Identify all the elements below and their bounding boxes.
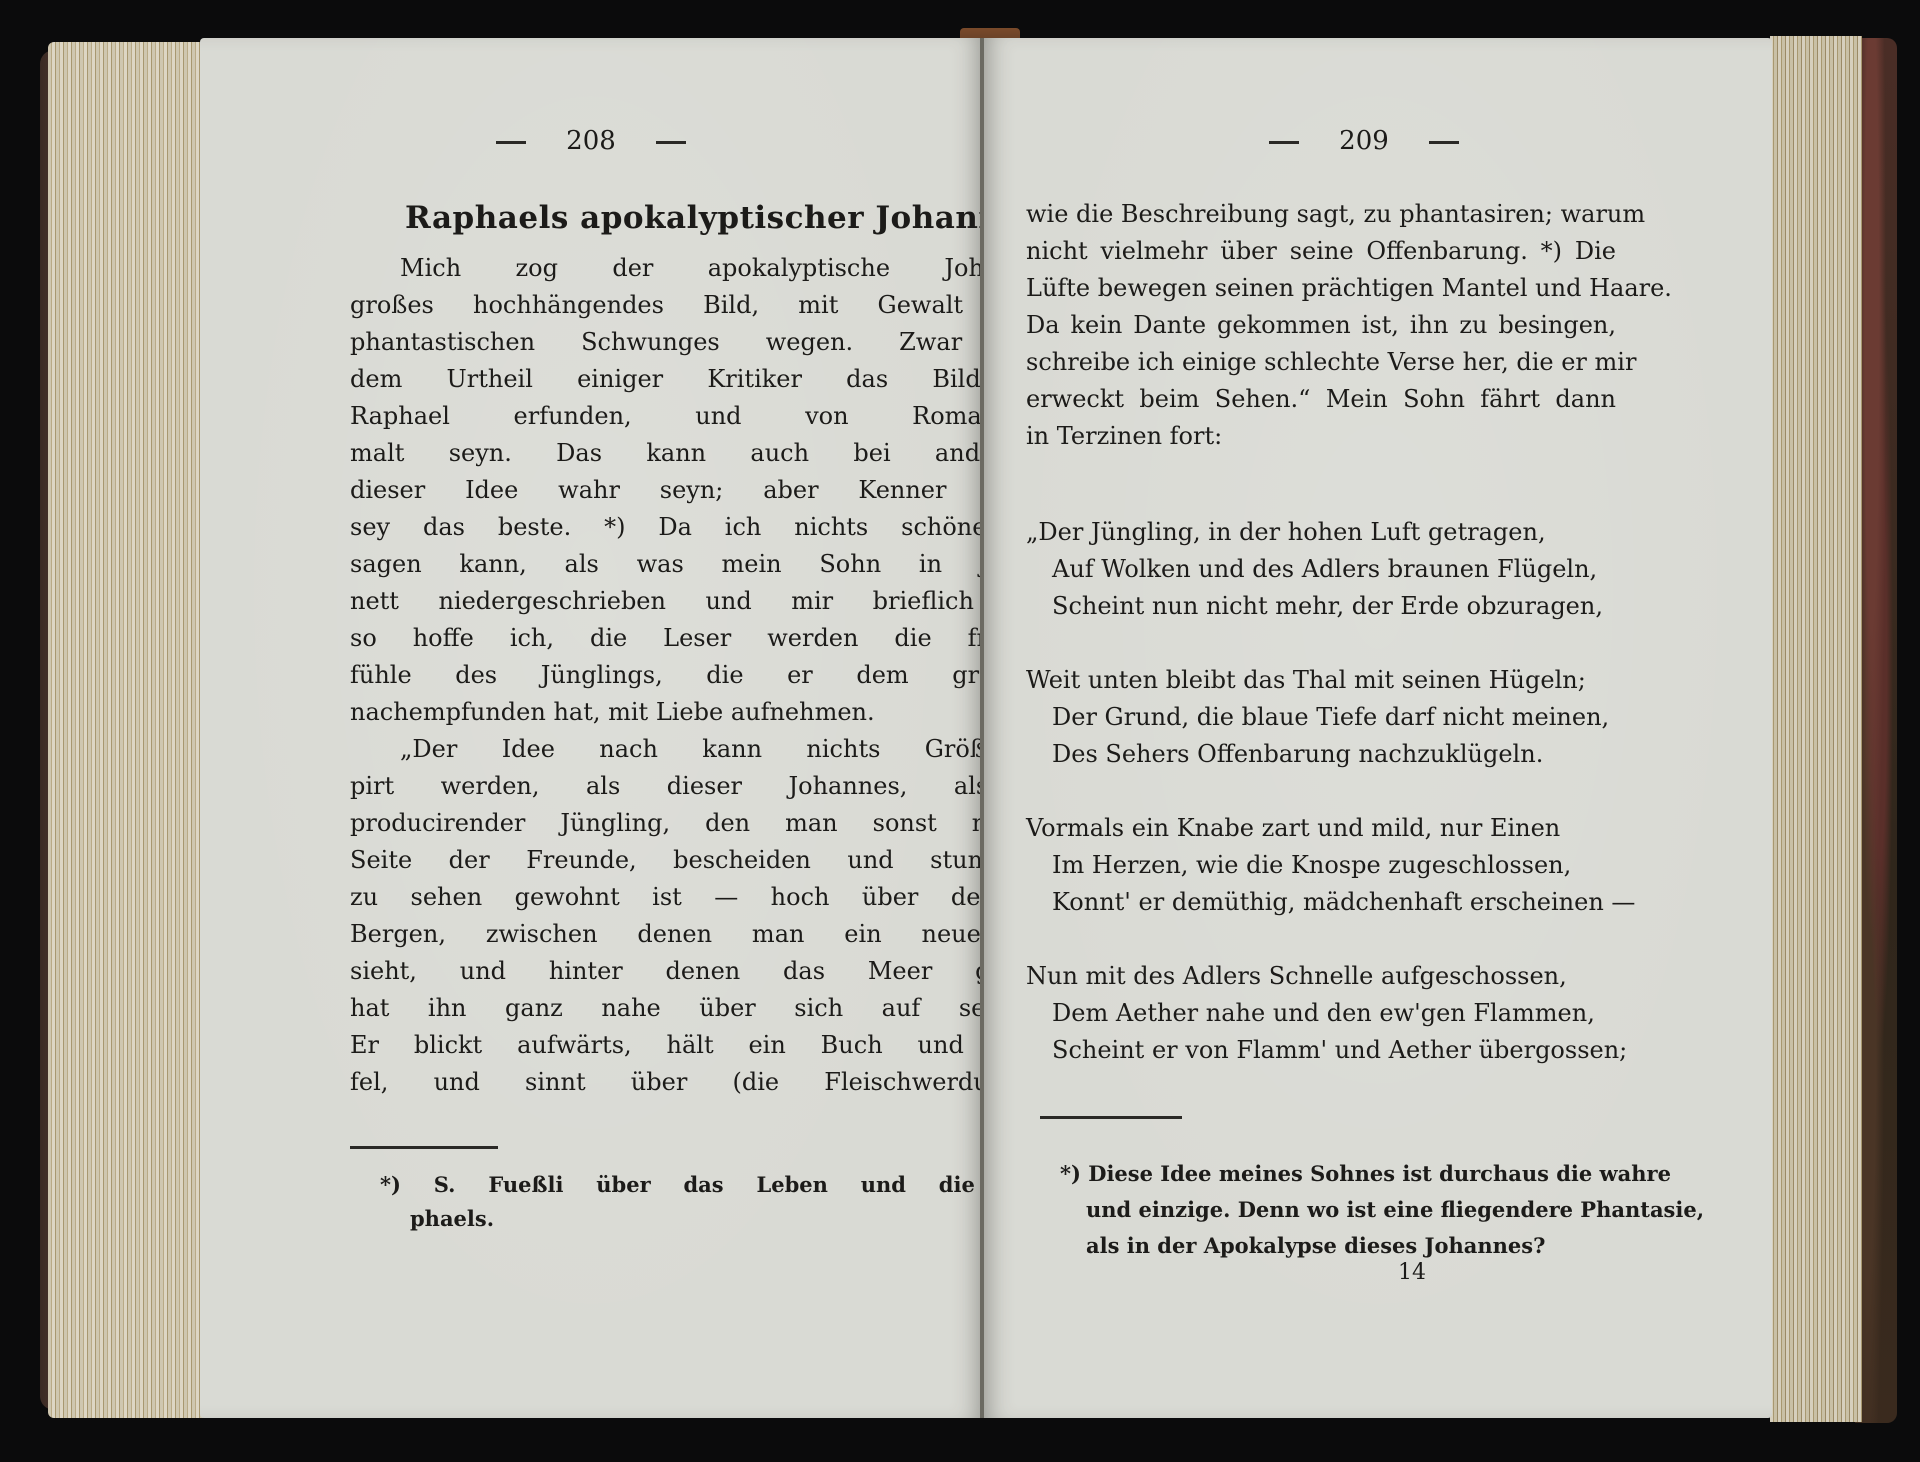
verse-line: Dem Aether nahe und den ew'gen Flammen, (1052, 995, 1595, 1032)
page-edges-right (1770, 36, 1862, 1422)
left-page: 208 Raphaels apokalyptischer Johannes. M… (200, 38, 982, 1418)
verse-line: Scheint er von Flamm' und Aether übergos… (1052, 1032, 1627, 1069)
header-dash (1429, 141, 1459, 144)
right-page-header: 209 (1024, 126, 1704, 156)
footnote-rule (350, 1146, 498, 1149)
page-edges-left (48, 42, 208, 1418)
body-line: wie die Beschreibung sagt, zu phantasire… (1026, 196, 1616, 233)
footnote-line: als in der Apokalypse dieses Johannes? (1086, 1228, 1545, 1264)
header-dash (656, 141, 686, 144)
verse-line: Scheint nun nicht mehr, der Erde obzurag… (1052, 588, 1603, 625)
verse-line: „Der Jüngling, in der hohen Luft getrage… (1026, 514, 1546, 551)
body-line: nicht vielmehr über seine Offenbarung. *… (1026, 233, 1616, 270)
footnote-rule (1040, 1116, 1182, 1119)
header-dash (1269, 141, 1299, 144)
verse-line: Konnt' er demüthig, mädchenhaft erschein… (1052, 884, 1635, 921)
verse-line: Des Sehers Offenbarung nachzuklügeln. (1052, 736, 1543, 773)
body-line: schreibe ich einige schlechte Verse her,… (1026, 344, 1616, 381)
verse-line: Im Herzen, wie die Knospe zugeschlossen, (1052, 847, 1571, 884)
header-dash (496, 141, 526, 144)
footnote-line: und einzige. Denn wo ist eine fliegender… (1086, 1192, 1630, 1228)
body-line: Lüfte bewegen seinen prächtigen Mantel u… (1026, 270, 1616, 307)
verse-line: Vormals ein Knabe zart und mild, nur Ein… (1026, 810, 1560, 847)
verse-line: Weit unten bleibt das Thal mit seinen Hü… (1026, 662, 1586, 699)
footnote-line: *) Diese Idee meines Sohnes ist durchaus… (1060, 1156, 1630, 1192)
chapter-title: Raphaels apokalyptischer Johannes. (405, 200, 1051, 236)
footnote-line: phaels. (410, 1202, 494, 1236)
verse-line: Der Grund, die blaue Tiefe darf nicht me… (1052, 699, 1609, 736)
right-page-number: 209 (1339, 126, 1389, 156)
body-line: Da kein Dante gekommen ist, ihn zu besin… (1026, 307, 1616, 344)
body-line: in Terzinen fort: (1026, 418, 1222, 455)
book-gutter (980, 38, 984, 1418)
verse-line: Nun mit des Adlers Schnelle aufgeschosse… (1026, 958, 1567, 995)
verse-line: Auf Wolken und des Adlers braunen Flügel… (1052, 551, 1597, 588)
right-page: 209 wie die Beschreibung sagt, zu phanta… (984, 38, 1772, 1418)
left-page-number: 208 (566, 126, 616, 156)
body-line: erweckt beim Sehen.“ Mein Sohn fährt dan… (1026, 381, 1616, 418)
signature-mark: 14 (1398, 1260, 1426, 1285)
left-page-header: 208 (200, 126, 982, 156)
